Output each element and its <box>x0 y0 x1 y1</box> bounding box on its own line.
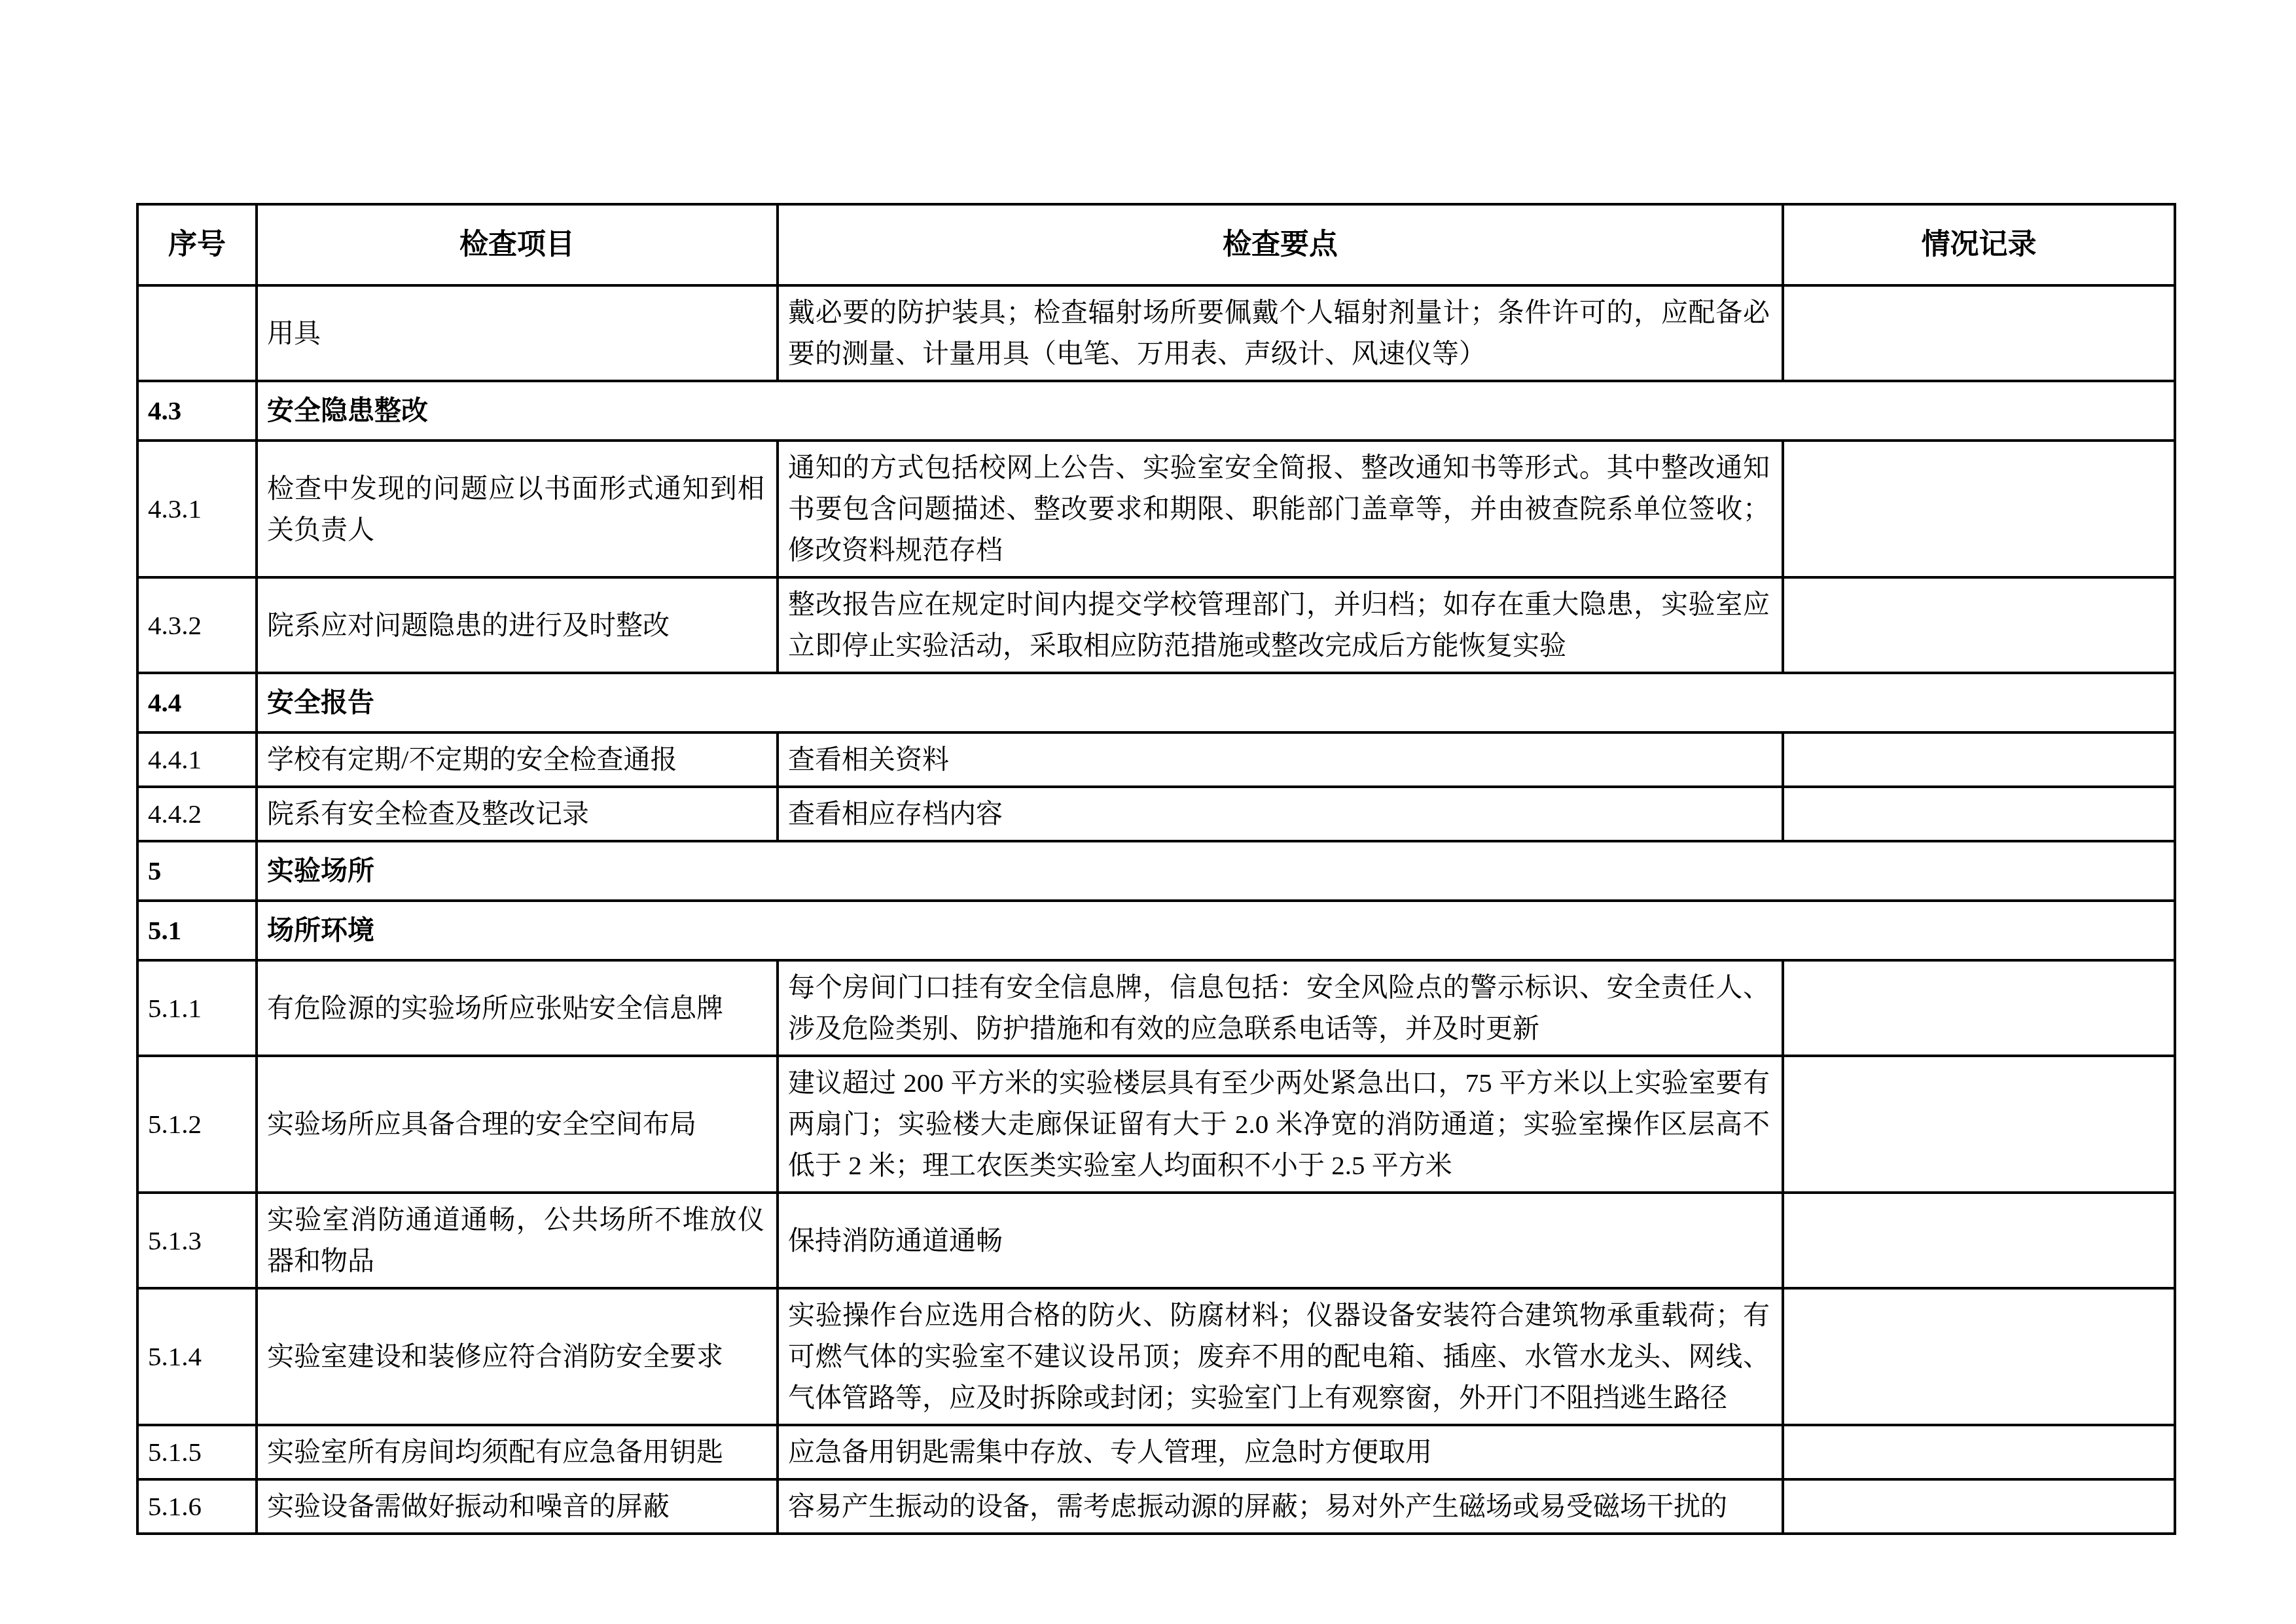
record-cell <box>1783 732 2175 787</box>
record-cell <box>1783 787 2175 841</box>
serial-cell <box>137 285 257 381</box>
table-row: 用具戴必要的防护装具；检查辐射场所要佩戴个人辐射剂量计；条件许可的，应配备必要的… <box>137 285 2175 381</box>
serial-cell: 4.3.2 <box>137 577 257 673</box>
table-row: 5.1.3实验室消防通道通畅，公共场所不堆放仪器和物品保持消防通道通畅 <box>137 1193 2175 1288</box>
points-cell: 实验操作台应选用合格的防火、防腐材料；仪器设备安装符合建筑物承重载荷；有可燃气体… <box>778 1288 1783 1425</box>
section-title-cell: 安全报告 <box>257 673 2175 732</box>
item-cell: 实验场所应具备合理的安全空间布局 <box>257 1056 778 1193</box>
document-page: 序号 检查项目 检查要点 情况记录 用具戴必要的防护装具；检查辐射场所要佩戴个人… <box>0 0 2296 1624</box>
record-cell <box>1783 960 2175 1056</box>
serial-cell: 5.1 <box>137 901 257 960</box>
item-cell: 用具 <box>257 285 778 381</box>
table-row: 5.1.5实验室所有房间均须配有应急备用钥匙应急备用钥匙需集中存放、专人管理，应… <box>137 1425 2175 1479</box>
item-cell: 实验室建设和装修应符合消防安全要求 <box>257 1288 778 1425</box>
table-row: 5.1.4实验室建设和装修应符合消防安全要求实验操作台应选用合格的防火、防腐材料… <box>137 1288 2175 1425</box>
table-row: 5.1.2实验场所应具备合理的安全空间布局建议超过 200 平方米的实验楼层具有… <box>137 1056 2175 1193</box>
section-row: 5实验场所 <box>137 841 2175 901</box>
record-cell <box>1783 285 2175 381</box>
table-row: 4.3.2院系应对问题隐患的进行及时整改整改报告应在规定时间内提交学校管理部门，… <box>137 577 2175 673</box>
points-cell: 每个房间门口挂有安全信息牌，信息包括：安全风险点的警示标识、安全责任人、涉及危险… <box>778 960 1783 1056</box>
record-cell <box>1783 1425 2175 1479</box>
item-cell: 院系有安全检查及整改记录 <box>257 787 778 841</box>
serial-cell: 4.4.1 <box>137 732 257 787</box>
points-cell: 查看相应存档内容 <box>778 787 1783 841</box>
points-cell: 容易产生振动的设备，需考虑振动源的屏蔽；易对外产生磁场或易受磁场干扰的 <box>778 1479 1783 1534</box>
serial-cell: 5.1.6 <box>137 1479 257 1534</box>
item-cell: 学校有定期/不定期的安全检查通报 <box>257 732 778 787</box>
points-cell: 戴必要的防护装具；检查辐射场所要佩戴个人辐射剂量计；条件许可的，应配备必要的测量… <box>778 285 1783 381</box>
points-cell: 应急备用钥匙需集中存放、专人管理，应急时方便取用 <box>778 1425 1783 1479</box>
record-cell <box>1783 1479 2175 1534</box>
points-cell: 查看相关资料 <box>778 732 1783 787</box>
table-header: 序号 检查项目 检查要点 情况记录 <box>137 204 2175 285</box>
item-cell: 实验设备需做好振动和噪音的屏蔽 <box>257 1479 778 1534</box>
table-row: 5.1.6实验设备需做好振动和噪音的屏蔽容易产生振动的设备，需考虑振动源的屏蔽；… <box>137 1479 2175 1534</box>
table-row: 5.1.1有危险源的实验场所应张贴安全信息牌每个房间门口挂有安全信息牌，信息包括… <box>137 960 2175 1056</box>
serial-cell: 5 <box>137 841 257 901</box>
item-cell: 检查中发现的问题应以书面形式通知到相关负责人 <box>257 441 778 577</box>
section-row: 4.3安全隐患整改 <box>137 381 2175 441</box>
serial-cell: 4.4.2 <box>137 787 257 841</box>
serial-cell: 4.3.1 <box>137 441 257 577</box>
points-cell: 保持消防通道通畅 <box>778 1193 1783 1288</box>
header-row: 序号 检查项目 检查要点 情况记录 <box>137 204 2175 285</box>
table-row: 4.3.1检查中发现的问题应以书面形式通知到相关负责人通知的方式包括校网上公告、… <box>137 441 2175 577</box>
section-title-cell: 实验场所 <box>257 841 2175 901</box>
serial-cell: 4.3 <box>137 381 257 441</box>
serial-cell: 5.1.5 <box>137 1425 257 1479</box>
serial-header: 序号 <box>137 204 257 285</box>
inspection-checklist-table: 序号 检查项目 检查要点 情况记录 用具戴必要的防护装具；检查辐射场所要佩戴个人… <box>136 203 2176 1535</box>
points-cell: 整改报告应在规定时间内提交学校管理部门，并归档；如存在重大隐患，实验室应立即停止… <box>778 577 1783 673</box>
item-cell: 有危险源的实验场所应张贴安全信息牌 <box>257 960 778 1056</box>
section-row: 4.4安全报告 <box>137 673 2175 732</box>
serial-cell: 5.1.1 <box>137 960 257 1056</box>
record-cell <box>1783 1056 2175 1193</box>
serial-cell: 5.1.4 <box>137 1288 257 1425</box>
serial-cell: 5.1.3 <box>137 1193 257 1288</box>
points-cell: 建议超过 200 平方米的实验楼层具有至少两处紧急出口，75 平方米以上实验室要… <box>778 1056 1783 1193</box>
points-cell: 通知的方式包括校网上公告、实验室安全简报、整改通知书等形式。其中整改通知书要包含… <box>778 441 1783 577</box>
table-body: 用具戴必要的防护装具；检查辐射场所要佩戴个人辐射剂量计；条件许可的，应配备必要的… <box>137 285 2175 1534</box>
record-cell <box>1783 441 2175 577</box>
record-header: 情况记录 <box>1783 204 2175 285</box>
serial-cell: 4.4 <box>137 673 257 732</box>
table-row: 4.4.2院系有安全检查及整改记录查看相应存档内容 <box>137 787 2175 841</box>
item-cell: 实验室所有房间均须配有应急备用钥匙 <box>257 1425 778 1479</box>
item-cell: 院系应对问题隐患的进行及时整改 <box>257 577 778 673</box>
record-cell <box>1783 577 2175 673</box>
record-cell <box>1783 1193 2175 1288</box>
item-header: 检查项目 <box>257 204 778 285</box>
serial-cell: 5.1.2 <box>137 1056 257 1193</box>
table-row: 4.4.1学校有定期/不定期的安全检查通报查看相关资料 <box>137 732 2175 787</box>
section-title-cell: 场所环境 <box>257 901 2175 960</box>
record-cell <box>1783 1288 2175 1425</box>
points-header: 检查要点 <box>778 204 1783 285</box>
section-title-cell: 安全隐患整改 <box>257 381 2175 441</box>
item-cell: 实验室消防通道通畅，公共场所不堆放仪器和物品 <box>257 1193 778 1288</box>
section-row: 5.1场所环境 <box>137 901 2175 960</box>
